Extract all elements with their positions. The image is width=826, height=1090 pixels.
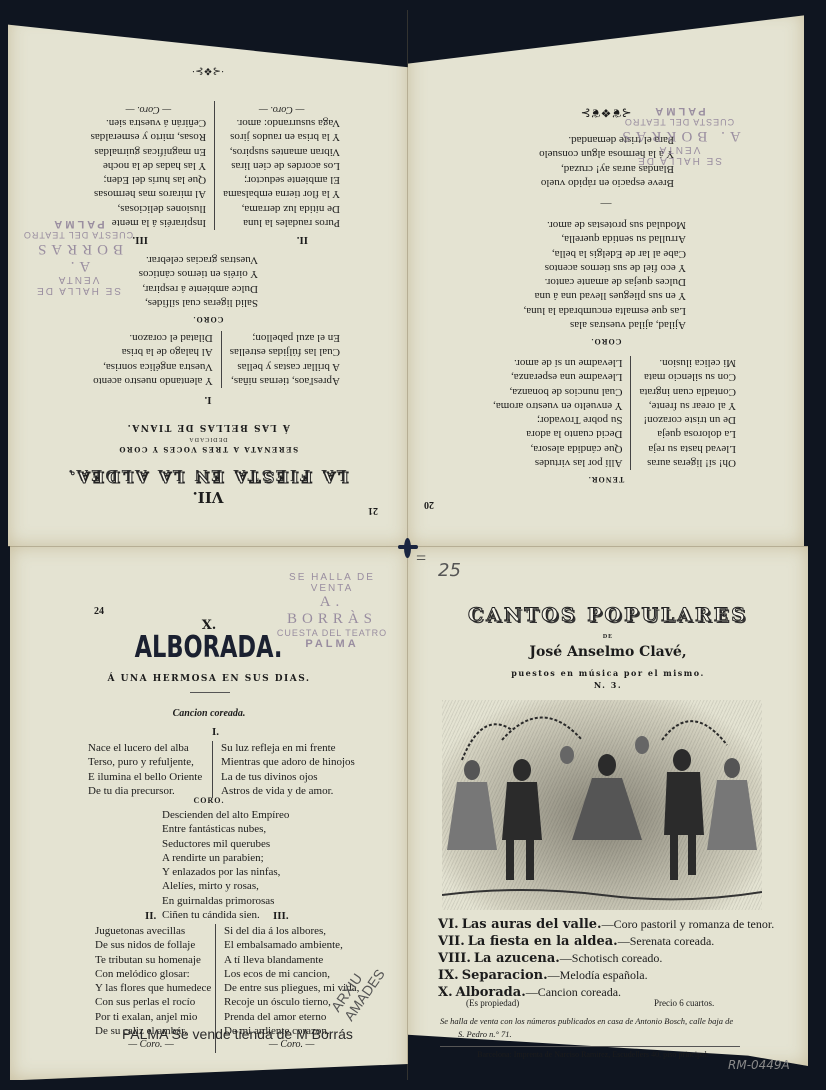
verse-line: De nítida luz derrama, bbox=[223, 201, 340, 215]
stamp-arc-text: SE HALLA DE VENTA bbox=[272, 572, 392, 594]
stamp-city: PALMA bbox=[272, 638, 392, 650]
title-rule bbox=[190, 692, 230, 693]
verse-line: Ceñirán á vuestra sien. bbox=[91, 116, 206, 130]
verse-line: Y oiréis en tiernos cánticos bbox=[139, 267, 258, 281]
footer-rule bbox=[440, 1046, 740, 1047]
stamp-arc-text: SE HALLA DE VENTA bbox=[614, 144, 744, 166]
verse-line: La dolorosa queja bbox=[639, 427, 736, 441]
stanza-3: Inspiraréis á la mente Ilusiones delicio… bbox=[83, 101, 215, 230]
verse-line: Los acordes de cien liras bbox=[223, 159, 340, 173]
sale-note-line-1: Se halla de venta con los números public… bbox=[440, 1015, 785, 1028]
page-number: 20 bbox=[424, 499, 434, 510]
toc-item: IX. Separacion.—Melodía española. bbox=[438, 967, 774, 984]
verse-line: Llevadme un sí de amor. bbox=[493, 356, 622, 370]
verse-line: Dilatad el corazon. bbox=[93, 331, 213, 345]
verse-line: Cual nuncios de bonanza, bbox=[493, 384, 622, 398]
verse-line: Puros raudales la luna bbox=[223, 216, 340, 230]
stanza-1-right: Y alentando nuestro acento Vuestra angél… bbox=[85, 331, 222, 388]
stamp-city: PALMA bbox=[614, 105, 744, 117]
stanzas-2-3: Puros raudales la luna De nítida luz der… bbox=[83, 101, 348, 230]
verse-line: Y las hadas de la noche bbox=[91, 159, 206, 173]
verse-line: Vaga susurrando: amor. bbox=[223, 116, 340, 130]
verse-line: Si del dia á los albores, bbox=[224, 924, 359, 938]
verse-line: Vibran amantes suspiros, bbox=[223, 144, 340, 158]
verse-line: Y en sus pliegues llevad una á una bbox=[524, 289, 687, 303]
verse-line: Que cándida alesora, bbox=[493, 441, 622, 455]
toc-num: VI. bbox=[438, 917, 459, 932]
verse-line: En guirnaldas primorosas bbox=[162, 894, 289, 908]
seller-stamp: SE HALLA DE VENTA A. BORRÀS CUESTA DEL T… bbox=[272, 572, 392, 650]
cover-de: DE bbox=[408, 634, 808, 640]
coro-label: CORO. bbox=[10, 796, 408, 805]
verse-line: La de tus divinos ojos bbox=[221, 770, 355, 784]
verse-line: Nace el lucero del alba bbox=[88, 741, 204, 755]
toc-desc: —Cancion coreada. bbox=[526, 985, 621, 999]
verse-line: Dulce ambiente á respirar, bbox=[139, 281, 258, 295]
verse-line: Breve espacio en rápido vuelo bbox=[539, 176, 674, 190]
verse-line: Su luz refleja en mi frente bbox=[221, 741, 355, 755]
verse-line: Llevadme una esperanza, bbox=[493, 370, 622, 384]
verse-line: Ilusiones deliciosas, bbox=[91, 201, 206, 215]
archive-code: RM-0449A bbox=[728, 1058, 790, 1072]
tenor-stanza: Oh! sí! ligeras auras Llevad hasta su re… bbox=[485, 356, 744, 470]
coro: Ajilad, ajilad vuestras alas Las que esm… bbox=[524, 218, 687, 332]
page-number: 21 bbox=[368, 505, 378, 516]
toc-desc: —Schotisch coreado. bbox=[560, 951, 663, 965]
stamp-street: CUESTA DEL TEATRO bbox=[272, 628, 392, 638]
verse-line: Allí por las virtudes bbox=[493, 456, 622, 470]
verse-line: Cual las fúljidas estrellas bbox=[230, 345, 340, 359]
verse-line: Con su silencio mata bbox=[639, 370, 736, 384]
page-20: 20 TENOR. Oh! sí! ligeras auras Llevad h… bbox=[408, 10, 804, 546]
verse-line: Juguetonas avecillas bbox=[95, 924, 207, 938]
verse-line: Al halago de la brisa bbox=[93, 345, 213, 359]
toc-num: VIII. bbox=[438, 951, 471, 966]
sale-note: Se halla de venta con los números public… bbox=[440, 1015, 785, 1041]
stanza-2: Puros raudales la luna De nítida luz der… bbox=[215, 101, 348, 230]
verse-line: Y la brisa en raudos jiros bbox=[223, 130, 340, 144]
verse-line: Que las hurís del Eden; bbox=[91, 173, 206, 187]
coro-label: CORO. bbox=[8, 315, 408, 324]
cover-title: CANTOS POPULARES bbox=[408, 604, 808, 626]
ornament-divider: ⊰❦❖❦⊱ bbox=[408, 105, 804, 120]
verse-line: Mientras que adoro de hinojos bbox=[221, 755, 355, 769]
verse-line: Terso, puro y refuljente, bbox=[88, 755, 204, 769]
stanza-2-label: II. bbox=[297, 234, 308, 246]
tenor-label: TENOR. bbox=[408, 475, 804, 484]
seller-stamp: SE HALLA DE VENTA A. BORRAS CUESTA DEL T… bbox=[18, 218, 138, 296]
verse-line: Dulces quejas de amante cantor. bbox=[524, 275, 687, 289]
toc-num: X. bbox=[438, 985, 453, 1000]
toc: VI. Las auras del valle.—Coro pastoril y… bbox=[438, 916, 774, 1001]
verse-line: Apresľaos, tiernas niñas, bbox=[230, 374, 340, 388]
verse-line: En el azul pabellon; bbox=[230, 331, 340, 345]
verse-line: Y eco fiel de sus tiernos acentos bbox=[524, 261, 687, 275]
song-subtitle: SERENATA A TRES VOCES Y CORO bbox=[8, 445, 408, 454]
coro-label: CORO. bbox=[408, 337, 804, 346]
page-number: 24 bbox=[94, 606, 104, 617]
verse-line: Ciñen tu cándida sien. bbox=[162, 908, 289, 922]
verse-line: Y la flor tierna embalsama bbox=[223, 187, 340, 201]
tenor-left: Oh! sí! ligeras auras Llevad hasta su re… bbox=[631, 356, 744, 470]
verse-line: A brillar castas y bellas bbox=[230, 359, 340, 373]
toc-item: VIII. La azucena.—Schotisch coreado. bbox=[438, 950, 774, 967]
cover-issue: N. 3. bbox=[408, 680, 808, 690]
cover-subtitle: puestos en música por el mismo. bbox=[408, 668, 808, 678]
verse-line: Oh! sí! ligeras auras bbox=[639, 456, 736, 470]
verse-line: Seductores mil querubes bbox=[162, 837, 289, 851]
song-title-text: ALBORADA. bbox=[135, 630, 283, 665]
toc-num: VII. bbox=[438, 934, 465, 949]
seller-stamp: SE HALLA DE VENTA A. BORRAS CUESTA DEL T… bbox=[614, 105, 744, 166]
cover-author: José Anselmo Clavé, bbox=[408, 644, 808, 660]
verse-line: Los ecos de mi cancion, bbox=[224, 967, 359, 981]
genre: Cancion coreada. bbox=[10, 708, 408, 719]
stanza-2-label: II. bbox=[145, 910, 156, 922]
verse-line: Y enlazados por las ninfas, bbox=[162, 865, 289, 879]
dancing-villagers-illustration bbox=[442, 700, 762, 910]
coro: Descienden del alto Empíreo Entre fantás… bbox=[162, 808, 289, 922]
stanza-1-left: Apresľaos, tiernas niñas, A brillar cast… bbox=[222, 331, 348, 388]
verse-line: Al miraros mas hermosas bbox=[91, 187, 206, 201]
stamp-name: A. BORRÀS bbox=[272, 594, 392, 628]
stamp-name: A. BORRAS bbox=[18, 240, 138, 274]
stanza-1: Nace el lucero del alba Terso, puro y re… bbox=[80, 741, 363, 798]
coro-repeat: — Coro. — bbox=[91, 101, 206, 115]
stanza-label: I. bbox=[212, 726, 219, 738]
toc-title: La fiesta en la aldea. bbox=[468, 934, 618, 949]
dedication: Á UNA HERMOSA EN SUS DIAS. bbox=[10, 674, 408, 684]
toc-desc: —Serenata coreada. bbox=[618, 934, 715, 948]
engraving-icon bbox=[442, 700, 762, 910]
verse-line: Vuestra angélica sonrisa, bbox=[93, 359, 213, 373]
verse-line: Entre fantásticas nubes, bbox=[162, 822, 289, 836]
verse-line: Vuestras gracias celebrar. bbox=[139, 253, 258, 267]
toc-item: VI. Las auras del valle.—Coro pastoril y… bbox=[438, 916, 774, 933]
verse-line: Arrullad su sentida querella, bbox=[524, 232, 687, 246]
coro: Salid ligeras cual sílfides, Dulce ambie… bbox=[139, 253, 258, 310]
stanza-1: Apresľaos, tiernas niñas, A brillar cast… bbox=[85, 331, 348, 388]
verse-line: Cabe al lar de Edelgis la bella, bbox=[524, 246, 687, 260]
verse-line: Rosas, mirto y esmeraldas bbox=[91, 130, 206, 144]
rights-note: (Es propiedad) bbox=[466, 998, 519, 1008]
toc-title: La azucena. bbox=[474, 951, 560, 966]
verse-line: El ambiente seductor; bbox=[223, 173, 340, 187]
toc-desc: —Melodía española. bbox=[548, 968, 648, 982]
verse-line: Contadla cuan ingrata bbox=[639, 384, 736, 398]
stanza-1-right: Su luz refleja en mi frente Mientras que… bbox=[212, 741, 363, 798]
tenor-right: Allí por las virtudes Que cándida alesor… bbox=[485, 356, 631, 470]
stamp-arc-text: SE HALLA DE VENTA bbox=[18, 274, 138, 296]
shop-stamp: PALMA Se vende tienda de M Borrás bbox=[122, 1026, 353, 1042]
verse-line: Llevad hasta su reja bbox=[639, 441, 736, 455]
verse-line: Te tributan su homenaje bbox=[95, 953, 207, 967]
toc-title: Las auras del valle. bbox=[462, 917, 602, 932]
dash-divider: — bbox=[408, 198, 804, 210]
verse-line: Por ti exalan, anjel mio bbox=[95, 1010, 207, 1024]
verse-line: El embalsamado ambiente, bbox=[224, 938, 359, 952]
verse-line: En magníficas guirnaldas bbox=[91, 144, 206, 158]
stamp-street: CUESTA DEL TEATRO bbox=[614, 117, 744, 127]
toc-num: IX. bbox=[438, 968, 459, 983]
verse-line: A tí lleva blandamente bbox=[224, 953, 359, 967]
song-number-text: VII. bbox=[193, 488, 224, 506]
verse-line: Y alentando nuestro acento bbox=[93, 374, 213, 388]
toc-desc: —Coro pastoril y romanza de tenor. bbox=[602, 917, 775, 931]
handwritten-number: 25 bbox=[438, 560, 461, 581]
page-21: 21 VII. LA FIESTA EN LA ALDEA. SERENATA … bbox=[8, 14, 408, 546]
verse-line: Decid cuanto la adora bbox=[493, 427, 622, 441]
toc-item: VII. La fiesta en la aldea.—Serenata cor… bbox=[438, 933, 774, 950]
page-24: 24 X. ALBORADA. Á UNA HERMOSA EN SUS DIA… bbox=[10, 546, 408, 1080]
price: Precio 6 cuartos. bbox=[654, 998, 714, 1008]
verse-line: Y envuelto en vuestro aroma, bbox=[493, 399, 622, 413]
coro-repeat: — Coro. — bbox=[223, 101, 340, 115]
verse-line: Con melódico glosar: bbox=[95, 967, 207, 981]
stamp-city: PALMA bbox=[18, 218, 138, 230]
verse-line: Ajilad, ajilad vuestras alas bbox=[524, 318, 687, 332]
dedication: Á LAS BELLAS DE TIANA. bbox=[8, 422, 408, 432]
song-title: LA FIESTA EN LA ALDEA. bbox=[8, 468, 408, 486]
stanza-1-left: Nace el lucero del alba Terso, puro y re… bbox=[80, 741, 212, 798]
stamp-street: CUESTA DEL TEATRO bbox=[18, 230, 138, 240]
sale-note-line-2: S. Pedro n.° 71. bbox=[440, 1028, 785, 1041]
verse-line: De sus nidos de follaje bbox=[95, 938, 207, 952]
toc-title: Separacion. bbox=[462, 968, 548, 983]
verse-line: Modulad sus protestas de amor. bbox=[524, 218, 687, 232]
stamp-name: A. BORRAS bbox=[614, 127, 744, 144]
verse-line: Su pobre Trovador; bbox=[493, 413, 622, 427]
stanza-3-label: III. bbox=[273, 910, 289, 922]
verse-line: A rendirte un parabien; bbox=[162, 851, 289, 865]
verse-line: Alelíes, mirto y rosas, bbox=[162, 879, 289, 893]
printer-imprint: Barcelona: Imprenta de Narciso Ramirez, … bbox=[408, 1050, 778, 1059]
verse-line: Mi celica ilusion. bbox=[639, 356, 736, 370]
verse-line: Y las flores que humedece bbox=[95, 981, 207, 995]
verse-line: Las que esmalta encumbrada la luna, bbox=[524, 303, 687, 317]
equals-mark: = bbox=[416, 548, 426, 569]
song-number: VII. bbox=[8, 487, 408, 506]
verse-line: De un triste corazon! bbox=[639, 413, 736, 427]
verse-line: Con sus perlas el rocío bbox=[95, 995, 207, 1009]
ornament-divider: ·⊰❖⊱· bbox=[8, 65, 408, 76]
verse-line: Descienden del alto Empíreo bbox=[162, 808, 289, 822]
dedication-label: DEDICADA bbox=[8, 436, 408, 442]
verse-line: Y al orear su frente, bbox=[639, 399, 736, 413]
verse-line: E ilumina el bello Oriente bbox=[88, 770, 204, 784]
verse-line: Salid ligeras cual sílfides, bbox=[139, 296, 258, 310]
stanza-label: I. bbox=[8, 394, 408, 406]
